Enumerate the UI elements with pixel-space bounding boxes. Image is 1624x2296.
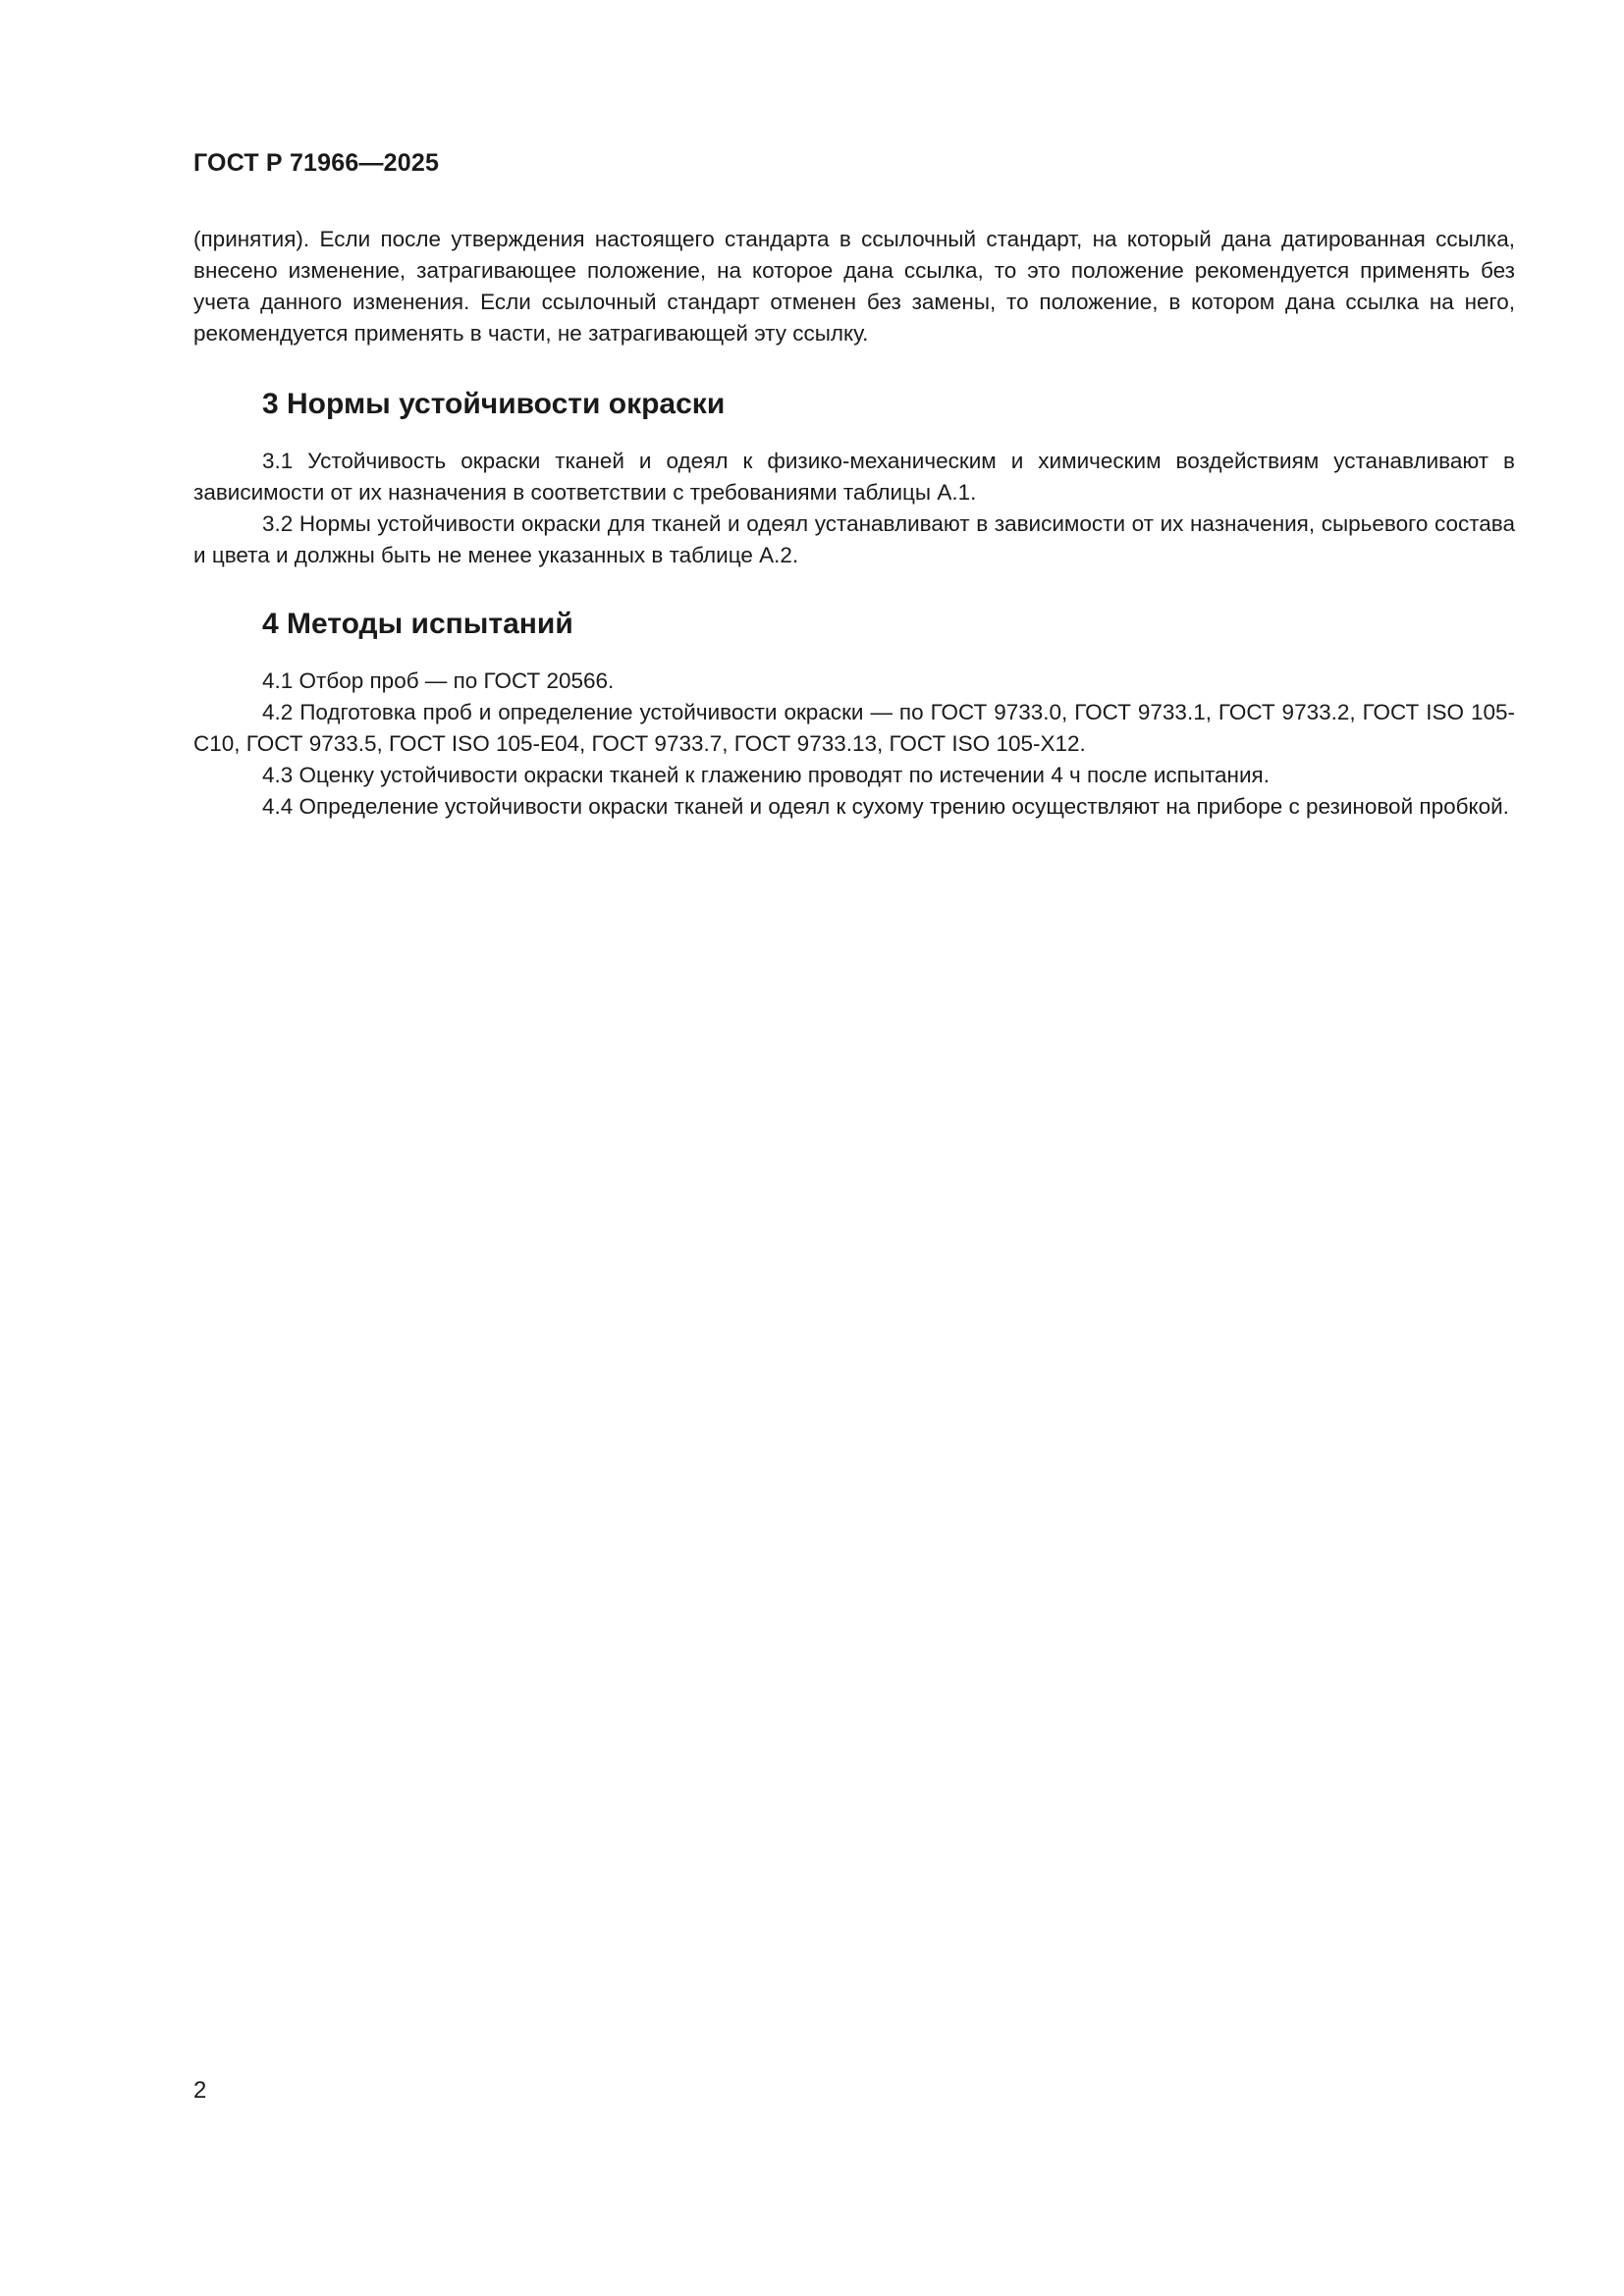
paragraph-4-3: 4.3 Оценку устойчивости окраски тканей к… [193,760,1515,791]
paragraph-3-2: 3.2 Нормы устойчивости окраски для ткане… [193,508,1515,571]
paragraph-4-1: 4.1 Отбор проб — по ГОСТ 20566. [193,666,1515,697]
paragraph-4-4: 4.4 Определение устойчивости окраски тка… [193,791,1515,823]
paragraph-4-2: 4.2 Подготовка проб и определение устойч… [193,697,1515,760]
section-title: 4 Методы испытаний [193,607,1515,642]
document-body: (принятия). Если после утверждения насто… [193,224,1515,823]
section-title: 3 Нормы устойчивости окраски [193,387,1515,422]
document-header: ГОСТ Р 71966—2025 [193,149,439,178]
paragraph-3-1: 3.1 Устойчивость окраски тканей и одеял … [193,446,1515,508]
page-number: 2 [193,2077,206,2105]
section-3: 3 Нормы устойчивости окраски 3.1 Устойчи… [193,387,1515,571]
section-4: 4 Методы испытаний 4.1 Отбор проб — по Г… [193,607,1515,823]
intro-paragraph: (принятия). Если после утверждения насто… [193,224,1515,349]
